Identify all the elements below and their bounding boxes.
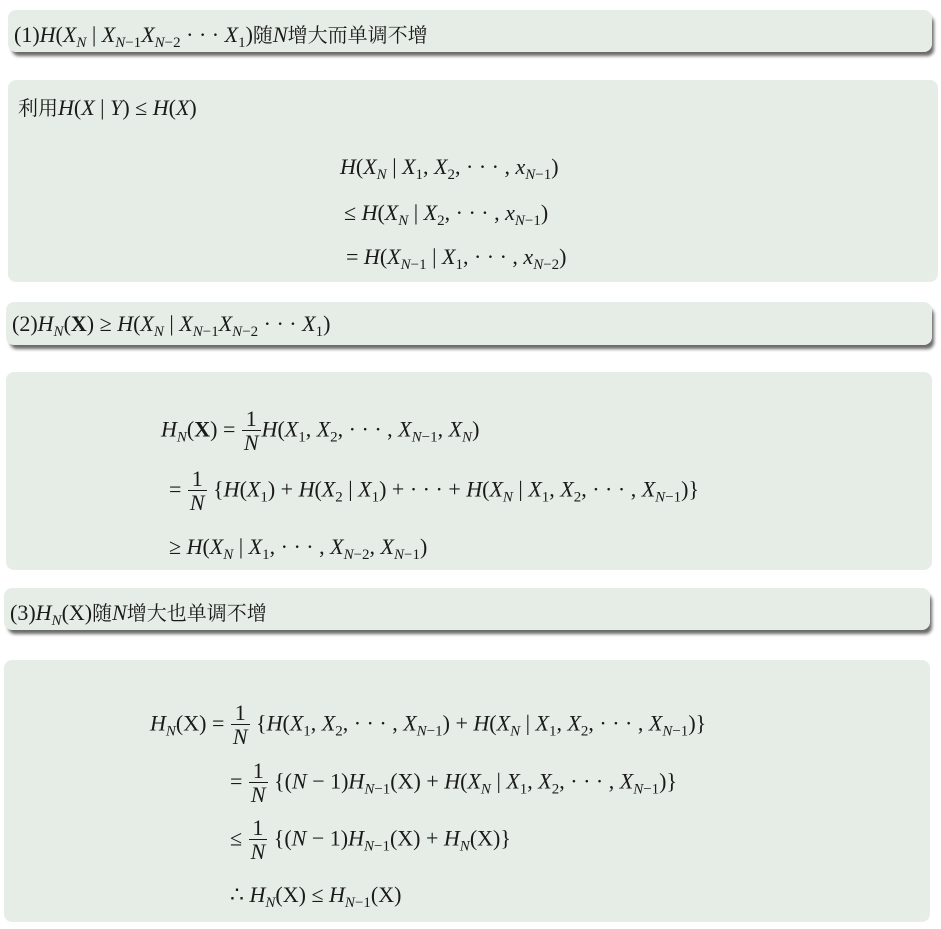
proof-3-line-4: ∴ HN(X) ≤ HN−1(X) xyxy=(230,882,401,908)
proof-3-line-2: = 1N {(N − 1)HN−1(X) + H(XN | X1, X2, · … xyxy=(230,760,677,807)
proof-2-line-2: = 1N {H(X1) + H(X2 | X1) + · · · + H(XN … xyxy=(169,468,699,515)
proof-1-line-2: ≤ H(XN | X2, · · · , xN−1) xyxy=(344,200,548,226)
proof-1-intro: 利用H(X | Y) ≤ H(X) xyxy=(18,92,197,121)
proof-1-line-1: H(XN | X1, X2, · · · , xN−1) xyxy=(340,154,559,180)
proof-1-line-3: = H(XN−1 | X1, · · · , xN−2) xyxy=(346,244,567,270)
section-3-header: (3)HN(X)随N增大也单调不增 xyxy=(4,588,930,630)
section-1-header: (1)H(XN | XN−1XN−2 · · · X1)随N增大而单调不增 xyxy=(8,10,932,52)
section-2-proof: HN(X) = 1NH(X1, X2, · · · , XN−1, XN) = … xyxy=(6,372,932,570)
proof-2-line-3: ≥ H(XN | X1, · · · , XN−2, XN−1) xyxy=(169,534,427,560)
section-3-title: (3)HN(X)随N增大也单调不增 xyxy=(10,597,267,626)
proof-2-line-1: HN(X) = 1NH(X1, X2, · · · , XN−1, XN) xyxy=(161,408,479,455)
section-3-proof: HN(X) = 1N {H(X1, X2, · · · , XN−1) + H(… xyxy=(4,660,930,922)
section-1-proof: 利用H(X | Y) ≤ H(X) H(XN | X1, X2, · · · ,… xyxy=(8,80,938,282)
proof-3-line-3: ≤ 1N {(N − 1)HN−1(X) + HN(X)} xyxy=(230,817,511,864)
section-2-header: (2)HN(X) ≥ H(XN | XN−1XN−2 · · · X1) xyxy=(6,302,932,345)
proof-3-line-1: HN(X) = 1N {H(X1, X2, · · · , XN−1) + H(… xyxy=(150,702,706,749)
section-2-title: (2)HN(X) ≥ H(XN | XN−1XN−2 · · · X1) xyxy=(12,311,330,337)
section-1-title: (1)H(XN | XN−1XN−2 · · · X1)随N增大而单调不增 xyxy=(14,19,428,48)
